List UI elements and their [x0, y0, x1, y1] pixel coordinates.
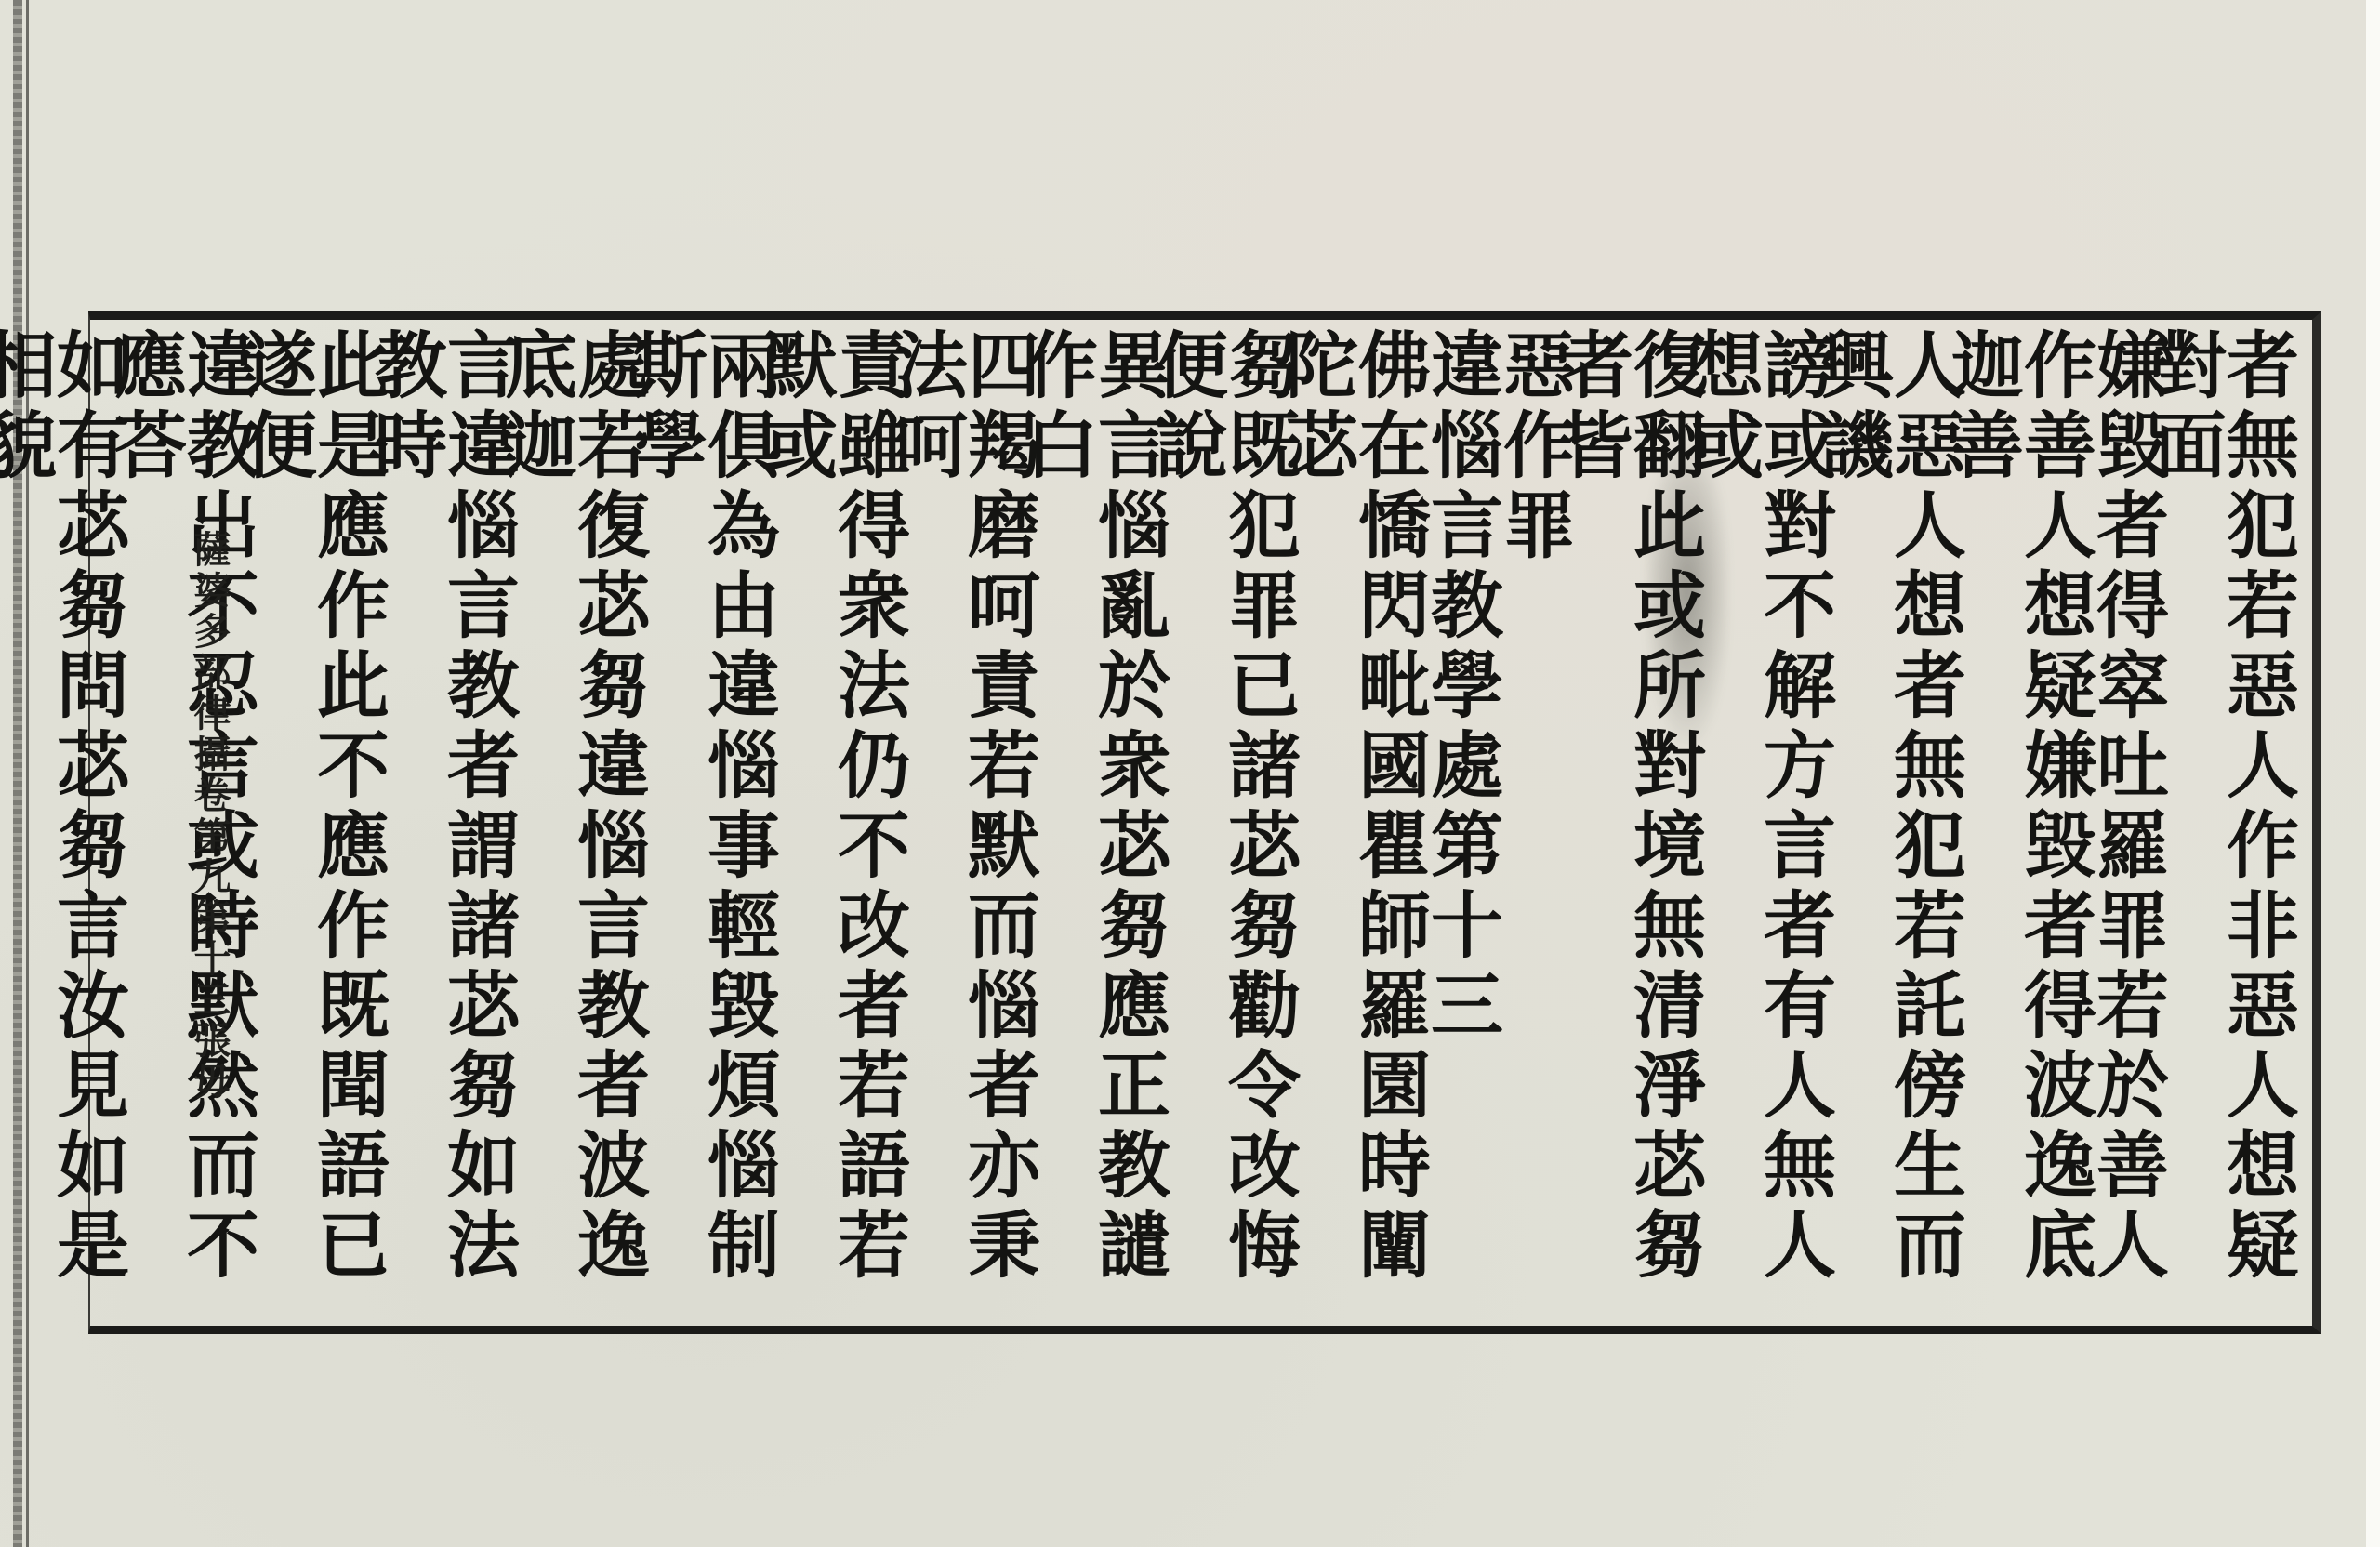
text-column-3: 作善人想疑嫌毀者得波逸底迦善 — [1960, 327, 2090, 1327]
colophon-volume: 卷第九 — [188, 775, 231, 898]
scanned-page: 者無犯若惡人作非惡人想疑對面 嫌毀者得窣吐羅罪若於善人 作善人想疑嫌毀者得波逸底… — [0, 0, 2366, 1547]
colophon-sheet: 第十三張 — [188, 898, 231, 1062]
text-block: 者無犯若惡人作非惡人想疑對面 嫌毀者得窣吐羅罪若於善人 作善人想疑嫌毀者得波逸底… — [98, 327, 2306, 1327]
colophon-title: 薩婆多部律攝 — [188, 530, 231, 775]
colophon-mark: 毋 — [188, 1062, 231, 1103]
section-heading: 違惱言教學處第十三 — [1424, 327, 1497, 1327]
page-margin — [2366, 0, 2380, 1547]
text-column-1: 者無犯若惡人作非惡人想疑對面 — [2162, 327, 2293, 1327]
text-column-9: 佛在憍閃毗國瞿師羅園時闡陀苾 — [1294, 327, 1424, 1327]
colophon: 薩婆多部律攝卷第九第十三張毋 — [191, 530, 228, 1103]
